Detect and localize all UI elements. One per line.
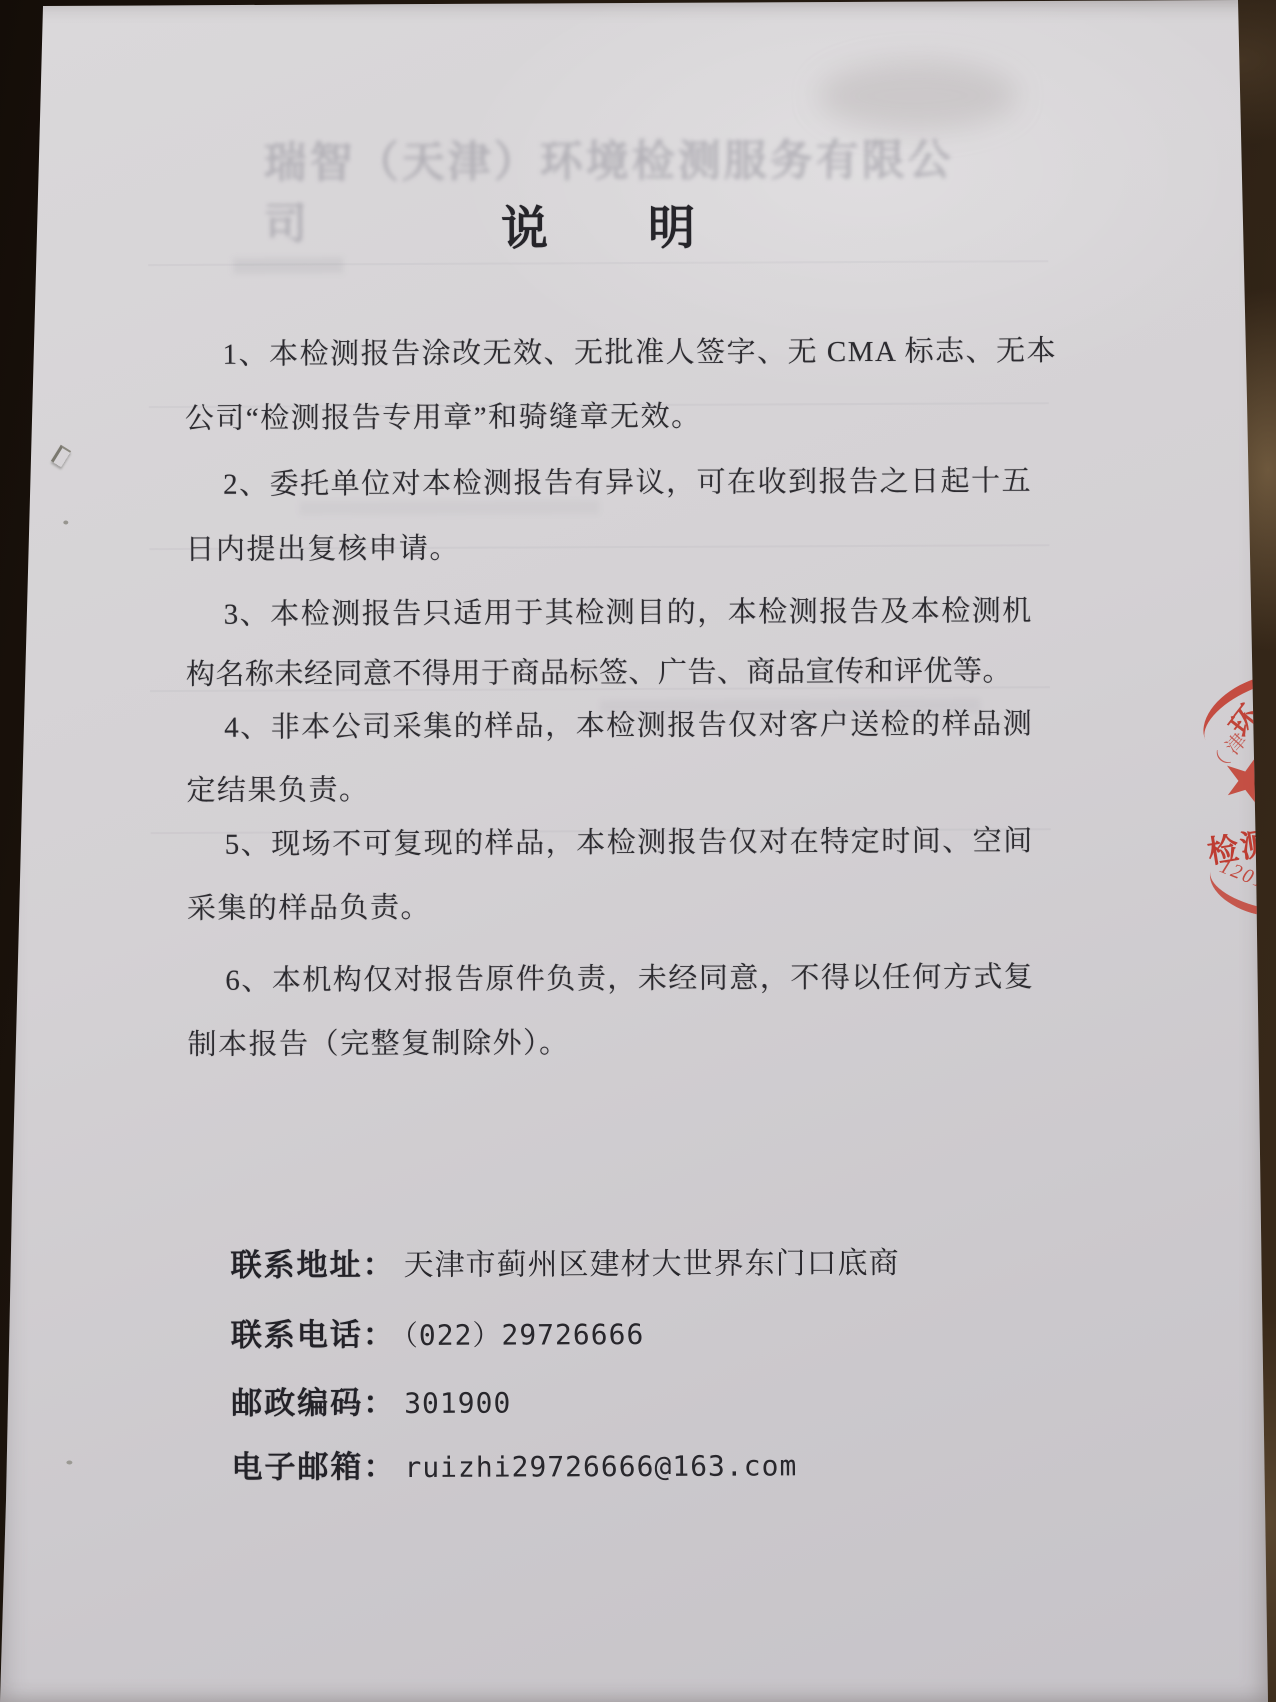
bleed-through-mark	[299, 500, 599, 515]
paper-speck	[63, 520, 68, 524]
contact-email-value: ruizhi29726666@163.com	[404, 1449, 797, 1484]
note-line: 6、本机构仅对报告原件负责，未经同意，不得以任何方式复	[225, 954, 1034, 999]
page-title: 说 明	[501, 191, 697, 259]
note-line: 采集的样品负责。	[187, 885, 431, 927]
note-line: 3、本检测报告只适用于其检测目的，本检测报告及本检测机	[224, 588, 1033, 633]
contact-phone-label: 联系电话：	[231, 1317, 396, 1353]
note-line: 1、本检测报告涂改无效、无批准人签字、无 CMA 标志、无本	[222, 328, 1057, 373]
note-line: 4、非本公司采集的样品，本检测报告仅对客户送检的样品测	[224, 701, 1033, 746]
note-line: 日内提出复核申请。	[185, 526, 460, 568]
contact-phone-value: （022）29726666	[404, 1318, 645, 1352]
staple-mark	[51, 445, 71, 467]
document-page: 瑞智（天津）环境检测服务有限公司 说 明 1、本检测报告涂改无效、无批准人签字、…	[0, 0, 1276, 1702]
paper-smudge	[817, 60, 1017, 131]
contact-phone-row: 联系电话：（022）29726666	[231, 1308, 645, 1355]
contact-address-row: 联系地址：天津市蓟州区建材大世界东门口底商	[230, 1237, 899, 1285]
contact-postcode-row: 邮政编码：301900	[231, 1377, 511, 1423]
contact-email-label: 电子邮箱：	[231, 1449, 396, 1485]
paper-speck	[66, 1460, 72, 1464]
note-line: 公司“检测报告专用章”和骑缝章无效。	[185, 394, 702, 437]
contact-postcode-label: 邮政编码：	[231, 1385, 396, 1421]
note-line: 定结果负责。	[186, 767, 369, 809]
contact-address-value: 天津市蓟州区建材大世界东门口底商	[403, 1247, 899, 1282]
note-line: 2、委托单位对本检测报告有异议，可在收到报告之日起十五	[223, 458, 1032, 503]
contact-email-row: 电子邮箱：ruizhi29726666@163.com	[231, 1439, 797, 1486]
contact-postcode-value: 301900	[404, 1387, 511, 1420]
contact-address-label: 联系地址：	[230, 1247, 395, 1283]
note-line: 制本报告（完整复制除外）。	[187, 1020, 569, 1063]
note-line: 构名称未经同意不得用于商品标签、广告、商品宣传和评优等。	[186, 648, 1012, 693]
page-content: 瑞智（天津）环境检测服务有限公司 说 明 1、本检测报告涂改无效、无批准人签字、…	[0, 0, 1276, 1702]
note-line: 5、现场不可复现的样品，本检测报告仅对在特定时间、空间	[225, 818, 1034, 863]
photo-of-document: 瑞智（天津）环境检测服务有限公司 说 明 1、本检测报告涂改无效、无批准人签字、…	[0, 0, 1276, 1702]
